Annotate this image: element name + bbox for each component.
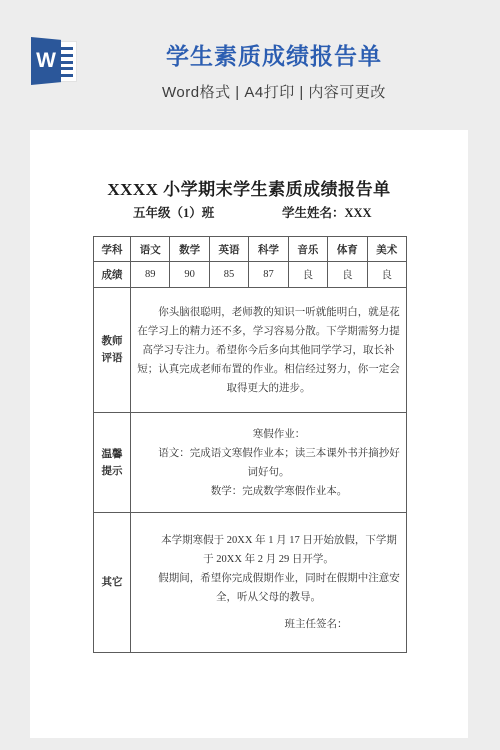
score-cell: 良 xyxy=(367,262,406,288)
document-page: XXXX 小学期末学生素质成绩报告单 五年级（1）班 学生姓名：XXX 学科 语… xyxy=(30,130,468,738)
score-row: 成绩 89 90 85 87 良 良 良 xyxy=(94,262,407,288)
score-cell: 89 xyxy=(131,262,170,288)
report-table: 学科 语文 数学 英语 科学 音乐 体育 美术 成绩 89 90 85 87 良… xyxy=(93,236,407,653)
subject-header-cell: 数学 xyxy=(170,237,209,262)
subject-header-row: 学科 语文 数学 英语 科学 音乐 体育 美术 xyxy=(94,237,407,262)
template-preview-screen: W 学生素质成绩报告单 Word格式 | A4打印 | 内容可更改 XXXX 小… xyxy=(0,0,500,750)
section-paragraph: 寒假作业： xyxy=(136,425,401,444)
tips-row: 温馨 提示 寒假作业： 语文：完成语文寒假作业本；读三本课外书并摘抄好词好句。 … xyxy=(94,413,407,513)
section-label-line: 教师 xyxy=(94,333,130,350)
score-cell: 良 xyxy=(328,262,367,288)
document-title: XXXX 小学期末学生素质成绩报告单 xyxy=(30,175,468,200)
section-paragraph: 你头脑很聪明，老师教的知识一听就能明白，就是花在学习上的精力还不多，学习容易分散… xyxy=(136,303,401,398)
corner-label: 学科 xyxy=(94,237,131,262)
section-label-line: 提示 xyxy=(94,463,130,480)
header: W 学生素质成绩报告单 Word格式 | A4打印 | 内容可更改 xyxy=(0,0,500,130)
subject-header-cell: 语文 xyxy=(131,237,170,262)
subject-header-cell: 体育 xyxy=(328,237,367,262)
subject-header-cell: 科学 xyxy=(249,237,288,262)
section-label-teacher-comment: 教师 评语 xyxy=(94,288,131,413)
signature-label: 班主任签名： xyxy=(136,615,401,634)
subject-header-cell: 英语 xyxy=(209,237,248,262)
teacher-comment-content: 你头脑很聪明，老师教的知识一听就能明白，就是花在学习上的精力还不多，学习容易分散… xyxy=(131,288,407,413)
section-label-line: 温馨 xyxy=(94,446,130,463)
header-text: 学生素质成绩报告单 Word格式 | A4打印 | 内容可更改 xyxy=(48,38,500,102)
section-label-tips: 温馨 提示 xyxy=(94,413,131,513)
score-cell: 87 xyxy=(249,262,288,288)
page-subtitle: Word格式 | A4打印 | 内容可更改 xyxy=(48,81,500,102)
teacher-comment-row: 教师 评语 你头脑很聪明，老师教的知识一听就能明白，就是花在学习上的精力还不多，… xyxy=(94,288,407,413)
page-title: 学生素质成绩报告单 xyxy=(48,38,500,71)
section-paragraph: 语文：完成语文寒假作业本；读三本课外书并摘抄好词好句。 xyxy=(136,444,401,482)
section-label-line: 评语 xyxy=(94,350,130,367)
student-name: 学生姓名：XXX xyxy=(282,203,372,221)
other-content: 本学期寒假于 20XX 年 1 月 17 日开始放假，下学期于 20XX 年 2… xyxy=(131,513,407,653)
class-name: 五年级（1）班 xyxy=(133,203,214,221)
score-cell: 85 xyxy=(209,262,248,288)
section-label-other: 其它 xyxy=(94,513,131,653)
section-paragraph: 本学期寒假于 20XX 年 1 月 17 日开始放假，下学期于 20XX 年 2… xyxy=(136,531,401,569)
score-cell: 良 xyxy=(288,262,327,288)
section-label-line: 其它 xyxy=(94,574,130,591)
score-cell: 90 xyxy=(170,262,209,288)
section-paragraph: 数学：完成数学寒假作业本。 xyxy=(136,482,401,501)
score-row-label: 成绩 xyxy=(94,262,131,288)
section-paragraph: 假期间，希望你完成假期作业，同时在假期中注意安全，听从父母的教导。 xyxy=(136,569,401,607)
tips-content: 寒假作业： 语文：完成语文寒假作业本；读三本课外书并摘抄好词好句。 数学：完成数… xyxy=(131,413,407,513)
other-row: 其它 本学期寒假于 20XX 年 1 月 17 日开始放假，下学期于 20XX … xyxy=(94,513,407,653)
subject-header-cell: 音乐 xyxy=(288,237,327,262)
subject-header-cell: 美术 xyxy=(367,237,406,262)
